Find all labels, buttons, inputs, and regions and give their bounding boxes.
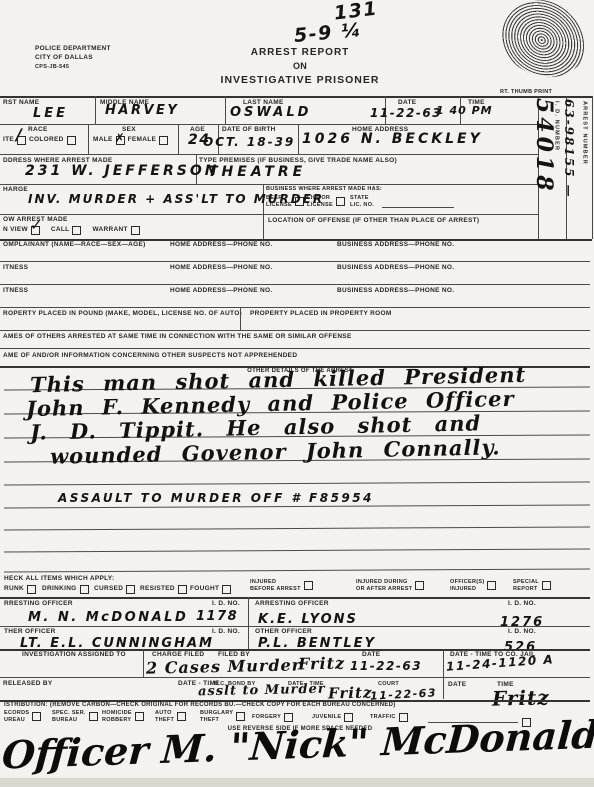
drunk-label: RUNK: [4, 585, 24, 593]
grid-line: [143, 649, 144, 677]
released-date-label: DATE: [448, 681, 466, 689]
cursed-label: CURSED: [94, 585, 123, 593]
grid-line: [0, 96, 592, 98]
sex-checkboxes: MALE ✗ FEMALE: [93, 136, 168, 145]
race-white-label: ITE: [3, 136, 14, 144]
court-label: COURT: [378, 681, 399, 688]
grid-line: [88, 124, 89, 154]
records-bureau-checkbox: [32, 712, 41, 721]
others-arrested-label: AMES OF OTHERS ARRESTED AT SAME TIME IN …: [3, 333, 352, 341]
report-title-line1: ARREST REPORT: [200, 47, 400, 60]
check-item-fought: FOUGHT: [190, 585, 231, 594]
injured-before-checkbox: [304, 581, 313, 590]
officers-injured-label: OFFICER(S) INJURED: [450, 579, 484, 593]
grid-line: [0, 330, 590, 331]
grid-line: [0, 597, 590, 599]
id-no-label: I. D. NO.: [508, 600, 536, 608]
other-officer1-label: THER OFFICER: [4, 628, 56, 636]
first-name-value: LEE: [33, 107, 68, 120]
report-title-line3: INVESTIGATIVE PRISONER: [175, 74, 425, 87]
check-item-resisted: RESISTED: [140, 585, 187, 594]
witness2-label: ITNESS: [3, 287, 28, 295]
charge-filed-value: 2 Cases Murder: [146, 657, 301, 676]
home-phone-label: HOME ADDRESS—PHONE NO.: [170, 287, 272, 295]
arrest-number-label: ARREST NUMBER: [581, 101, 587, 233]
dept-line1: POLICE DEPARTMENT: [35, 45, 111, 53]
grid-line: [248, 597, 249, 649]
race-label: RACE: [28, 126, 48, 134]
ruled-line: [4, 526, 590, 530]
grid-line: [0, 348, 590, 349]
forgery-checkbox: [284, 713, 293, 722]
special-report-checkbox: [542, 581, 551, 590]
grid-line: [443, 649, 444, 699]
homicide-robbery-checkbox: [135, 712, 144, 721]
filed-by-value: Fritz: [298, 656, 345, 673]
charge-label: HARGE: [3, 186, 28, 194]
grid-line: [0, 214, 538, 215]
race-checkboxes: ITE ∕ COLORED: [3, 136, 76, 145]
complainant-label: OMPLAINANT (NAME—RACE—SEX—AGE): [3, 241, 146, 249]
business-phone-label: BUSINESS ADDRESS—PHONE NO.: [337, 241, 454, 249]
warrant-checkbox: [131, 226, 140, 235]
cursed-checkbox: [126, 585, 135, 594]
check-item-drunk: RUNK: [4, 585, 36, 594]
id-no-label: I. D. NO.: [508, 628, 536, 636]
check-item-drinking: DRINKING: [42, 585, 89, 594]
dept-line2: CITY OF DALLAS: [35, 54, 93, 62]
drunk-checkbox: [27, 585, 36, 594]
spec-ser-bureau-checkbox: [89, 712, 98, 721]
state-license-label: STATE LIC. NO.: [350, 195, 374, 209]
premises-value: THEATRE: [208, 165, 306, 179]
home-address-value: 1026 N. BECKLEY: [302, 132, 483, 146]
dist-homicide-robbery: HOMICIDE ROBBERY: [102, 710, 144, 724]
arresting-officer1-id: 1178: [196, 610, 238, 623]
burglary-theft-checkbox: [236, 712, 245, 721]
distribution-label: ISTRIBUTION: (REMOVE CARBON—CHECK ORIGIN…: [4, 702, 396, 710]
grid-line: [0, 626, 590, 627]
location-offense-label: LOCATION OF OFFENSE (IF OTHER THAN PLACE…: [268, 217, 479, 225]
in-view-mark: ✓: [30, 218, 43, 233]
grid-line: [298, 124, 299, 154]
race-colored-checkbox: [67, 136, 76, 145]
injured-before-group: INJURED BEFORE ARREST: [250, 579, 313, 593]
thumbprint-image: [487, 0, 594, 96]
grid-line: [0, 284, 590, 285]
sex-male-label: MALE: [93, 136, 113, 144]
grid-line: [0, 261, 590, 262]
other-suspects-label: AME OF AND/OR INFORMATION CONCERNING OTH…: [3, 352, 297, 360]
in-view-label: N VIEW: [3, 226, 28, 234]
grid-line: [225, 96, 226, 124]
state-license-line: [382, 207, 454, 208]
business-phone-label: BUSINESS ADDRESS—PHONE NO.: [337, 264, 454, 272]
auto-theft-label: AUTO THEFT: [155, 710, 174, 724]
race-white-mark: ∕: [16, 127, 22, 143]
special-report-label: SPECIAL REPORT: [513, 579, 539, 593]
sex-female-label: FEMALE: [128, 136, 157, 144]
thumbprint-label: RT. THUMB PRINT: [500, 89, 552, 96]
arresting-officer2-label: ARRESTING OFFICER: [255, 600, 329, 608]
records-bureau-label: ECORDS UREAU: [4, 710, 29, 724]
officers-injured-group: OFFICER(S) INJURED: [450, 579, 496, 593]
grid-line: [0, 184, 538, 185]
dist-forgery: FORGERY: [252, 713, 293, 722]
spec-ser-bureau-label: SPEC. SER. BUREAU: [52, 710, 86, 724]
sex-female-checkbox: [159, 136, 168, 145]
dist-records-bureau: ECORDS UREAU: [4, 710, 41, 724]
filing-date-value: 11-22-63: [350, 660, 422, 672]
dist-spec-ser-bureau: SPEC. SER. BUREAU: [52, 710, 98, 724]
grid-line: [0, 677, 590, 678]
fought-label: FOUGHT: [190, 585, 219, 593]
other-officer2-label: OTHER OFFICER: [255, 628, 312, 636]
property-room-label: PROPERTY PLACED IN PROPERTY ROOM: [250, 310, 392, 318]
id-no-label: I. D. NO.: [212, 600, 240, 608]
special-report-group: SPECIAL REPORT: [513, 579, 551, 593]
time-value: 1 40 PM: [436, 105, 493, 116]
injured-during-label: INJURED DURING OR AFTER ARREST: [356, 579, 412, 593]
sex-male-checkbox: ✗: [116, 136, 125, 145]
grid-line: [0, 154, 538, 155]
last-name-value: OSWALD: [230, 106, 311, 119]
grid-line: [592, 96, 593, 239]
released-time-signature: Fritz: [492, 687, 550, 708]
grid-line: [95, 96, 96, 124]
scan-edge-shadow: [0, 778, 594, 787]
id-number-value: 54018: [533, 98, 555, 238]
date-value: 11-22-63: [370, 107, 442, 119]
arresting-officer1-label: RRESTING OFFICER: [4, 600, 73, 608]
business-phone-label: BUSINESS ADDRESS—PHONE NO.: [337, 287, 454, 295]
check-item-cursed: CURSED: [94, 585, 135, 594]
dist-burglary-theft: BURGLARY THEFT: [200, 710, 245, 724]
race-white-checkbox: ∕: [17, 136, 26, 145]
height-annotation: 5-9 ¼: [293, 21, 363, 46]
home-phone-label: HOME ADDRESS—PHONE NO.: [170, 264, 272, 272]
arresting-officer1-value: M. N. McDONALD: [28, 611, 188, 624]
homicide-robbery-label: HOMICIDE ROBBERY: [102, 710, 132, 724]
arresting-officer2-value: K.E. LYONS: [258, 613, 358, 626]
ruled-line: [4, 568, 590, 572]
grid-line: [0, 307, 590, 308]
arrest-report-scan: 131 5-9 ¼ POLICE DEPARTMENT CITY OF DALL…: [0, 0, 594, 787]
witness1-label: ITNESS: [3, 264, 28, 272]
bond-value: asslt to Murder: [198, 683, 326, 699]
burglary-theft-label: BURGLARY THEFT: [200, 710, 233, 724]
ruled-line: [4, 504, 590, 508]
offense-note: ASSAULT TO MURDER OFF # F85954: [58, 492, 374, 504]
call-checkbox: [72, 226, 81, 235]
liquor-license-checkbox: [336, 197, 345, 206]
released-by-label: RELEASED BY: [3, 680, 53, 688]
dob-label: DATE OF BIRTH: [222, 126, 276, 134]
officers-injured-checkbox: [487, 581, 496, 590]
check-items-label: HECK ALL ITEMS WHICH APPLY:: [4, 575, 114, 583]
id-no-label: I. D. NO.: [212, 628, 240, 636]
sex-male-mark: ✗: [115, 132, 125, 144]
injured-during-checkbox: [415, 581, 424, 590]
ruled-line: [4, 481, 590, 485]
resisted-label: RESISTED: [140, 585, 175, 593]
drinking-checkbox: [80, 585, 89, 594]
forgery-label: FORGERY: [252, 714, 281, 721]
arrest-number-value: 63-98155 —: [563, 99, 575, 239]
arrest-address-value: 231 W. JEFFERSON: [25, 164, 219, 178]
home-phone-label: HOME ADDRESS—PHONE NO.: [170, 241, 272, 249]
investigation-assigned-label: INVESTIGATION ASSIGNED TO: [22, 651, 126, 659]
form-code: CPS-JB-545: [35, 64, 69, 71]
in-view-checkbox: ✓: [31, 226, 40, 235]
report-title-line2: ON: [200, 61, 400, 72]
race-colored-label: COLORED: [29, 136, 64, 144]
call-label: CALL: [51, 226, 70, 234]
drinking-label: DRINKING: [42, 585, 77, 593]
dob-value: OCT. 18-39: [203, 136, 295, 148]
filing-date-label: DATE: [362, 651, 380, 659]
how-arrest-checkboxes: N VIEW ✓ CALL WARRANT: [3, 226, 140, 235]
auto-theft-checkbox: [177, 712, 186, 721]
grid-line: [0, 124, 538, 125]
property-pound-label: ROPERTY PLACED IN POUND (MAKE, MODEL, LI…: [3, 310, 242, 318]
injured-before-label: INJURED BEFORE ARREST: [250, 579, 301, 593]
injured-during-group: INJURED DURING OR AFTER ARREST: [356, 579, 424, 593]
ruled-line: [4, 548, 590, 552]
grid-line: [178, 124, 179, 154]
middle-name-value: HARVEY: [105, 104, 179, 117]
grid-line: [240, 307, 241, 330]
warrant-label: WARRANT: [92, 226, 127, 234]
charge-value: INV. MURDER + ASS'LT TO MURDER: [28, 193, 324, 205]
resisted-checkbox: [178, 585, 187, 594]
dist-auto-theft: AUTO THEFT: [155, 710, 186, 724]
fought-checkbox: [222, 585, 231, 594]
